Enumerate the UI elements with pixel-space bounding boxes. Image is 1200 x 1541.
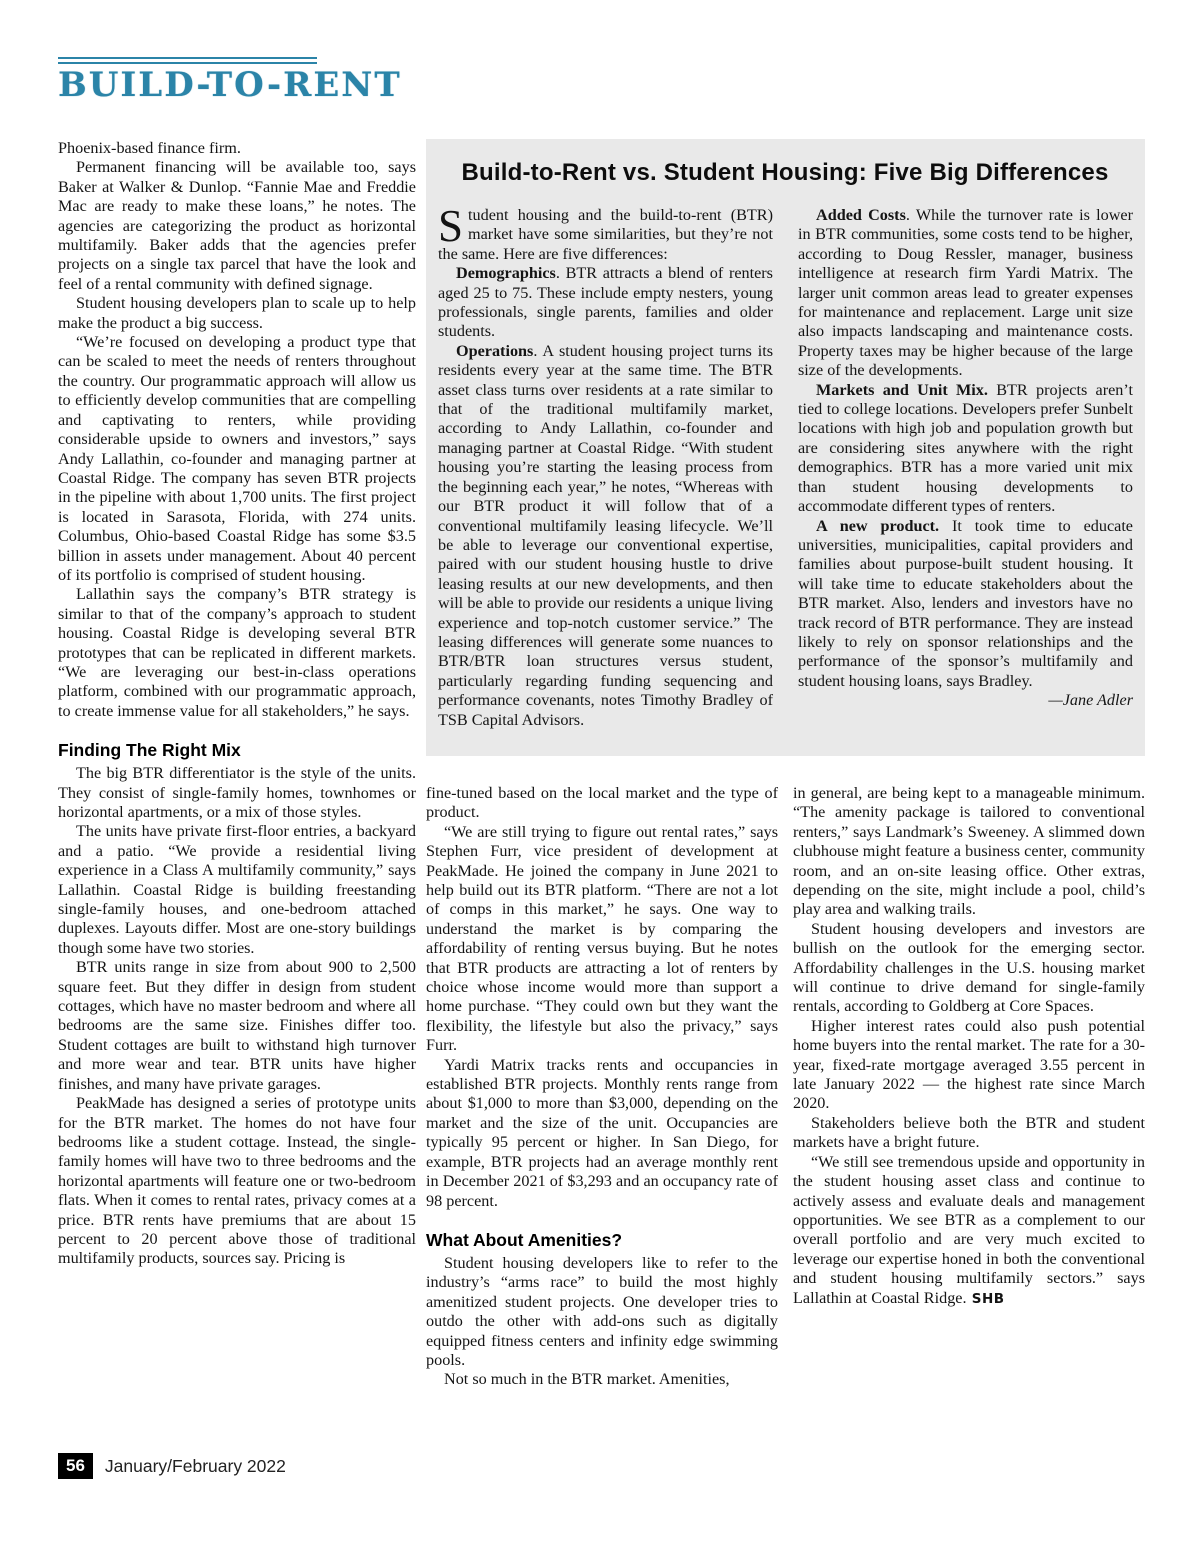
column-right: in general, are being kept to a manageab…	[793, 784, 1145, 1390]
page-number: 56	[58, 1453, 93, 1479]
bold-lead-in: Markets and Unit Mix.	[816, 381, 988, 399]
section-header: BUILD-TO-RENT	[58, 57, 402, 104]
bold-lead-in: Added Costs	[816, 206, 906, 224]
paragraph: Demographics. BTR attracts a blend of re…	[438, 264, 773, 342]
sidebar-box-columns: Student housing and the build-to-rent (B…	[438, 206, 1132, 730]
paragraph: PeakMade has designed a series of protot…	[58, 1094, 416, 1269]
lower-columns: fine-tuned based on the local market and…	[426, 784, 1145, 1390]
byline: —Jane Adler	[798, 691, 1133, 710]
paragraph: Markets and Unit Mix. BTR projects aren’…	[798, 381, 1133, 517]
paragraph: Student housing and the build-to-rent (B…	[438, 206, 773, 264]
column-middle: fine-tuned based on the local market and…	[426, 784, 778, 1390]
article-body: Phoenix-based finance firm.Permanent fin…	[58, 139, 1145, 1390]
section-title: BUILD-TO-RENT	[58, 68, 402, 104]
double-rule	[58, 57, 317, 64]
paragraph: Lallathin says the company’s BTR strateg…	[58, 585, 416, 721]
page-footer: 56 January/February 2022	[58, 1453, 286, 1479]
bold-lead-in: Demographics	[456, 264, 556, 282]
end-mark: SHB	[967, 1291, 1005, 1307]
paragraph: in general, are being kept to a manageab…	[793, 784, 1145, 920]
paragraph: The units have private first-floor entri…	[58, 822, 416, 958]
bold-lead-in: A new product.	[816, 517, 939, 535]
paragraph: Student housing developers plan to scale…	[58, 294, 416, 333]
paragraph: Phoenix-based finance firm.	[58, 139, 416, 158]
paragraph: Student housing developers and investors…	[793, 920, 1145, 1017]
paragraph: BTR units range in size from about 900 t…	[58, 958, 416, 1094]
sidebar-box-title: Build-to-Rent vs. Student Housing: Five …	[438, 159, 1132, 187]
issue-date: January/February 2022	[105, 1456, 286, 1477]
paragraph: “We’re focused on developing a product t…	[58, 333, 416, 585]
paragraph: fine-tuned based on the local market and…	[426, 784, 778, 823]
sidebar-box-column-right: Added Costs. While the turnover rate is …	[798, 206, 1133, 730]
sidebar-box: Build-to-Rent vs. Student Housing: Five …	[426, 139, 1145, 756]
subheading: Finding The Right Mix	[58, 740, 416, 761]
magazine-page: BUILD-TO-RENT Phoenix-based finance firm…	[0, 0, 1200, 1541]
paragraph: A new product. It took time to educate u…	[798, 517, 1133, 692]
paragraph: Permanent financing will be available to…	[58, 158, 416, 294]
subheading: What About Amenities?	[426, 1230, 778, 1251]
paragraph: Added Costs. While the turnover rate is …	[798, 206, 1133, 381]
column-left: Phoenix-based finance firm.Permanent fin…	[58, 139, 416, 1390]
bold-lead-in: Operations	[456, 342, 533, 360]
drop-cap: S	[438, 206, 468, 244]
sidebar-box-column-left: Student housing and the build-to-rent (B…	[438, 206, 773, 730]
right-area: Build-to-Rent vs. Student Housing: Five …	[426, 139, 1145, 1390]
paragraph: Not so much in the BTR market. Amenities…	[426, 1370, 778, 1389]
paragraph: Operations. A student housing project tu…	[438, 342, 773, 730]
paragraph: Yardi Matrix tracks rents and occupancie…	[426, 1056, 778, 1211]
paragraph: Higher interest rates could also push po…	[793, 1017, 1145, 1114]
paragraph: Student housing developers like to refer…	[426, 1254, 778, 1370]
paragraph: Stakeholders believe both the BTR and st…	[793, 1114, 1145, 1153]
paragraph: The big BTR differentiator is the style …	[58, 764, 416, 822]
paragraph: “We still see tremendous upside and oppo…	[793, 1153, 1145, 1309]
paragraph: “We are still trying to figure out renta…	[426, 823, 778, 1056]
